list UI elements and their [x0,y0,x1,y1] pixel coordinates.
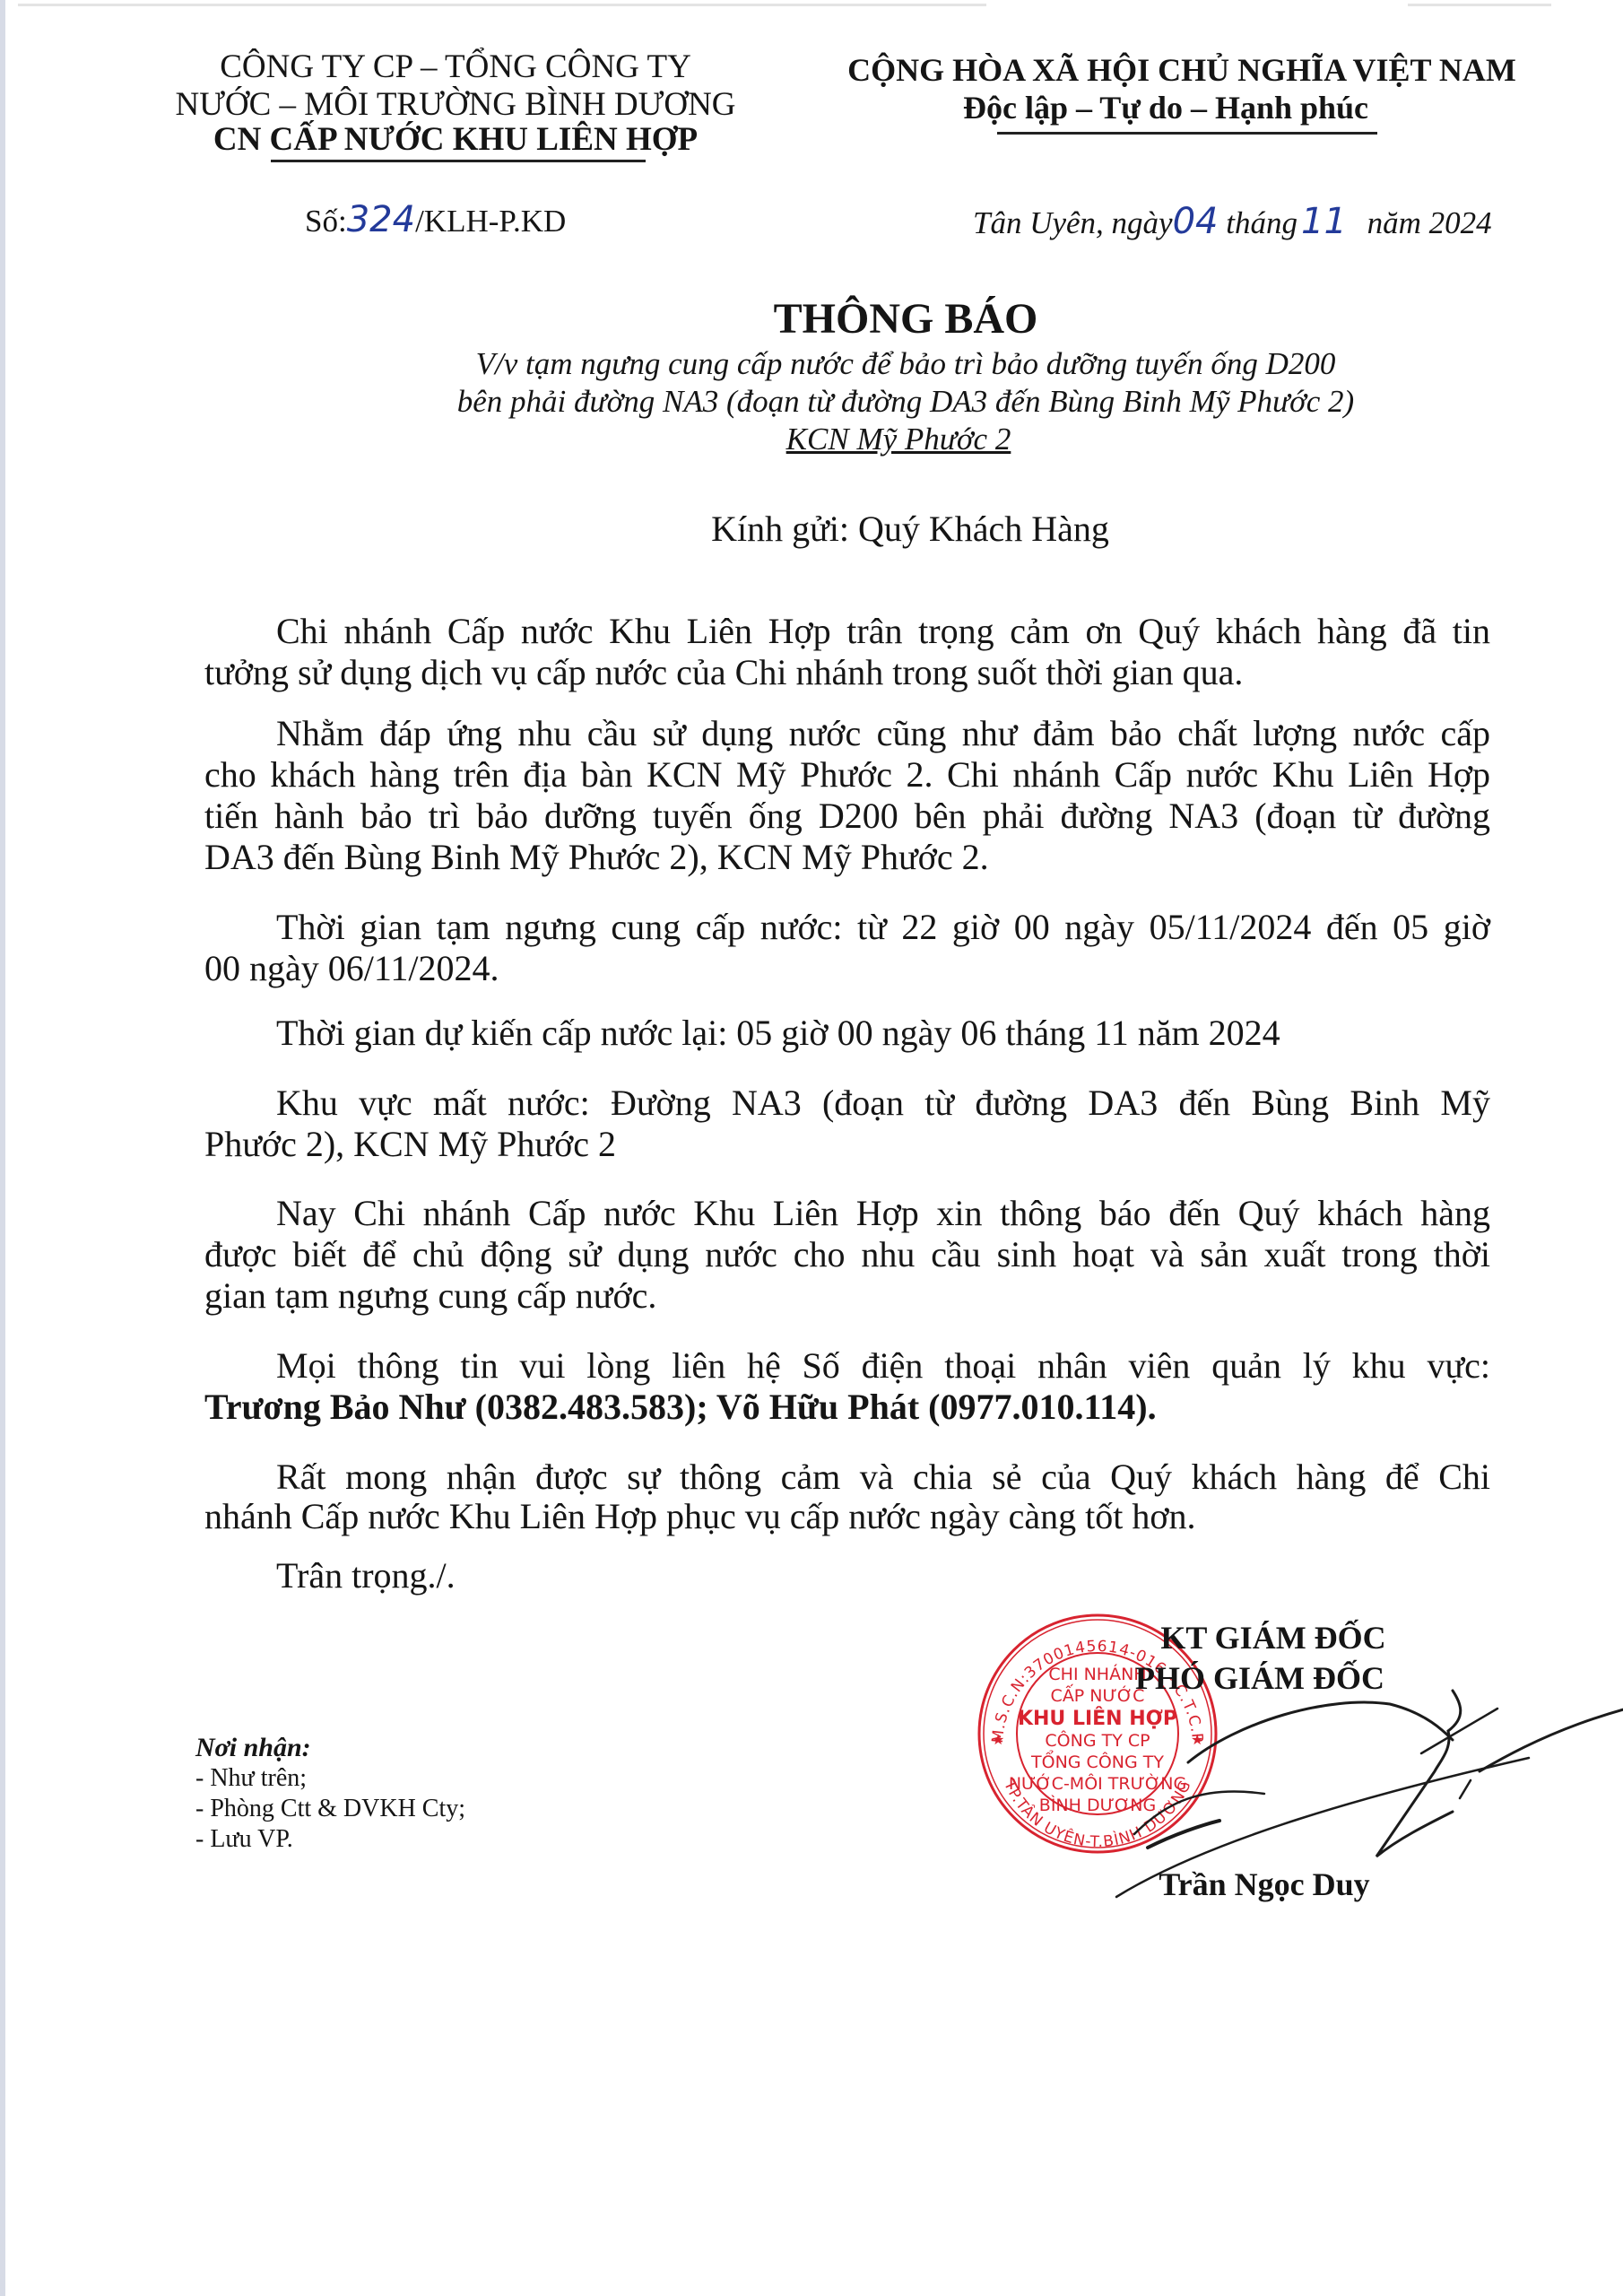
signer-name: Trần Ngọc Duy [1159,1865,1369,1903]
scan-edge-top [18,4,986,6]
body-line: Mọi thông tin vui lòng liên hệ Số điện t… [276,1345,1490,1387]
receivers-block: Nơi nhận: - Như trên; - Phòng Ctt & DVKH… [195,1733,465,1855]
subject-line-1: V/v tạm ngưng cung cấp nước để bảo trì b… [476,346,1336,382]
org-parent-line-2: NƯỚC – MÔI TRƯỜNG BÌNH DƯƠNG [175,87,735,123]
date-day-handwritten: 04 [1173,201,1219,242]
body-line: nhánh Cấp nước Khu Liên Hợp phục vụ cấp … [204,1496,1490,1537]
subject-line-3: KCN Mỹ Phước 2 [786,422,1011,457]
body-line: cho khách hàng trên địa bàn KCN Mỹ Phước… [204,754,1490,796]
body-line: Phước 2), KCN Mỹ Phước 2 [204,1124,1490,1165]
org-parent-line-1: CÔNG TY CP – TỔNG CÔNG TY [220,49,691,85]
org-underline [271,160,646,162]
body-line: Nay Chi nhánh Cấp nước Khu Liên Hợp xin … [276,1193,1490,1234]
receiver-item: - Phòng Ctt & DVKH Cty; [195,1794,465,1824]
body-line: Chi nhánh Cấp nước Khu Liên Hợp trân trọ… [276,611,1490,652]
receiver-item: - Như trên; [195,1763,465,1794]
document-date: Tân Uyên, ngày04 tháng11 năm 2024 [973,201,1492,242]
receivers-heading: Nơi nhận: [195,1733,465,1763]
body-line: tưởng sử dụng dịch vụ cấp nước của Chi n… [204,652,1490,693]
nation-motto: Độc lập – Tự do – Hạnh phúc [963,90,1368,126]
date-month-handwritten: 11 [1301,201,1347,242]
body-line: gian tạm ngưng cung cấp nước. [204,1275,1490,1317]
body-line: 00 ngày 06/11/2024. [204,948,1490,989]
body-line: Trân trọng./. [276,1555,1490,1596]
body-line: Thời gian tạm ngưng cung cấp nước: từ 22… [276,907,1490,948]
scan-edge [0,0,5,2296]
date-year: năm 2024 [1367,205,1492,240]
contact-line: Trương Bảo Như (0382.483.583); Võ Hữu Ph… [204,1387,1490,1428]
body-line: được biết để chủ động sử dụng nước cho n… [204,1234,1490,1275]
scan-edge-top [1408,4,1551,6]
document-page: CÔNG TY CP – TỔNG CÔNG TY NƯỚC – MÔI TRƯ… [0,0,1623,2296]
document-number-handwritten: 324 [347,199,415,240]
document-number: Số:324/KLH-P.KD [305,199,566,240]
handwritten-signature [1031,1605,1623,1901]
body-line: tiến hành bảo trì bảo dưỡng tuyến ống D2… [204,796,1490,837]
document-number-suffix: /KLH-P.KD [415,204,566,239]
body-line: Thời gian dự kiến cấp nước lại: 05 giờ 0… [276,1013,1490,1054]
org-branch-prefix: CN [213,121,270,158]
motto-underline [997,132,1377,135]
nation-title: CỘNG HÒA XÃ HỘI CHỦ NGHĨA VIỆT NAM [847,52,1516,88]
body-line: DA3 đến Bùng Binh Mỹ Phước 2), KCN Mỹ Ph… [204,837,1490,878]
date-place: Tân Uyên, ngày [973,205,1173,240]
document-number-label: Số: [305,204,347,239]
recipient: Kính gửi: Quý Khách Hàng [711,508,1109,550]
body-line: Khu vực mất nước: Đường NA3 (đoạn từ đườ… [276,1083,1490,1124]
document-title: THÔNG BÁO [774,294,1038,344]
org-branch-name: CN CẤP NƯỚC KHU LIÊN HỢP [213,122,698,158]
subject-line-2: bên phải đường NA3 (đoạn từ đường DA3 đế… [457,384,1354,420]
body-line: Rất mong nhận được sự thông cảm và chia … [276,1457,1490,1498]
svg-text:★: ★ [992,1731,1004,1748]
body-line: Nhằm đáp ứng nhu cầu sử dụng nước cũng n… [276,713,1490,754]
receiver-item: - Lưu VP. [195,1824,465,1855]
date-month-label: tháng [1226,205,1298,240]
org-branch-underlined: CẤP NƯỚC KHU LIÊN HỢP [270,121,699,158]
